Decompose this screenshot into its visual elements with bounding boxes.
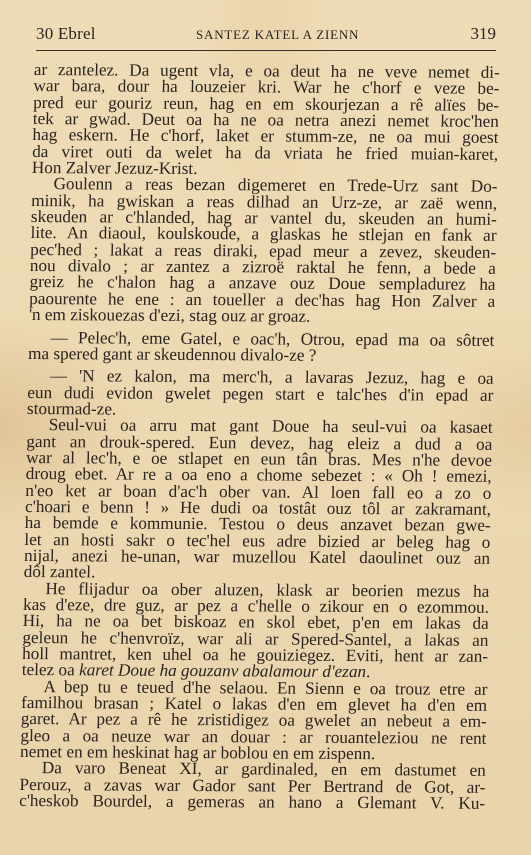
paragraph: Goulenn a reas bezan digemeret en Trede-… xyxy=(29,176,498,326)
paragraph: Da varo Beneat XI, ar gardinaled, en em … xyxy=(19,760,486,812)
paragraph: ar zantelez. Da ugent vla, e oa deut ha … xyxy=(32,62,500,179)
dialog-paragraph: — Pelec'h, eme Gatel, e oac'h, Otrou, ep… xyxy=(28,329,495,365)
paragraph: A bep tu e teued d'he selaou. En Sienn e… xyxy=(20,679,488,764)
running-head: 30 Ebrel SANTEZ KATEL A ZIENN 319 xyxy=(36,24,496,51)
paragraph: Seul-vui oa arru mat gant Doue ha seul-v… xyxy=(24,417,493,583)
running-head-date: 30 Ebrel xyxy=(36,24,96,44)
paragraph: He flijadur oa ober aluzen, klask ar beo… xyxy=(22,581,490,682)
dialog-paragraph: — 'N ez kalon, ma merc'h, a lavaras Jezu… xyxy=(27,368,494,420)
text-line: c'heskob Bourdel, a gemeras an hano a Gl… xyxy=(19,793,485,812)
running-head-title: SANTEZ KATEL A ZIENN xyxy=(196,27,359,43)
body-text: ar zantelez. Da ugent vla, e oa deut ha … xyxy=(19,62,500,812)
book-page: 30 Ebrel SANTEZ KATEL A ZIENN 319 ar zan… xyxy=(0,0,531,855)
page-number: 319 xyxy=(471,24,497,44)
